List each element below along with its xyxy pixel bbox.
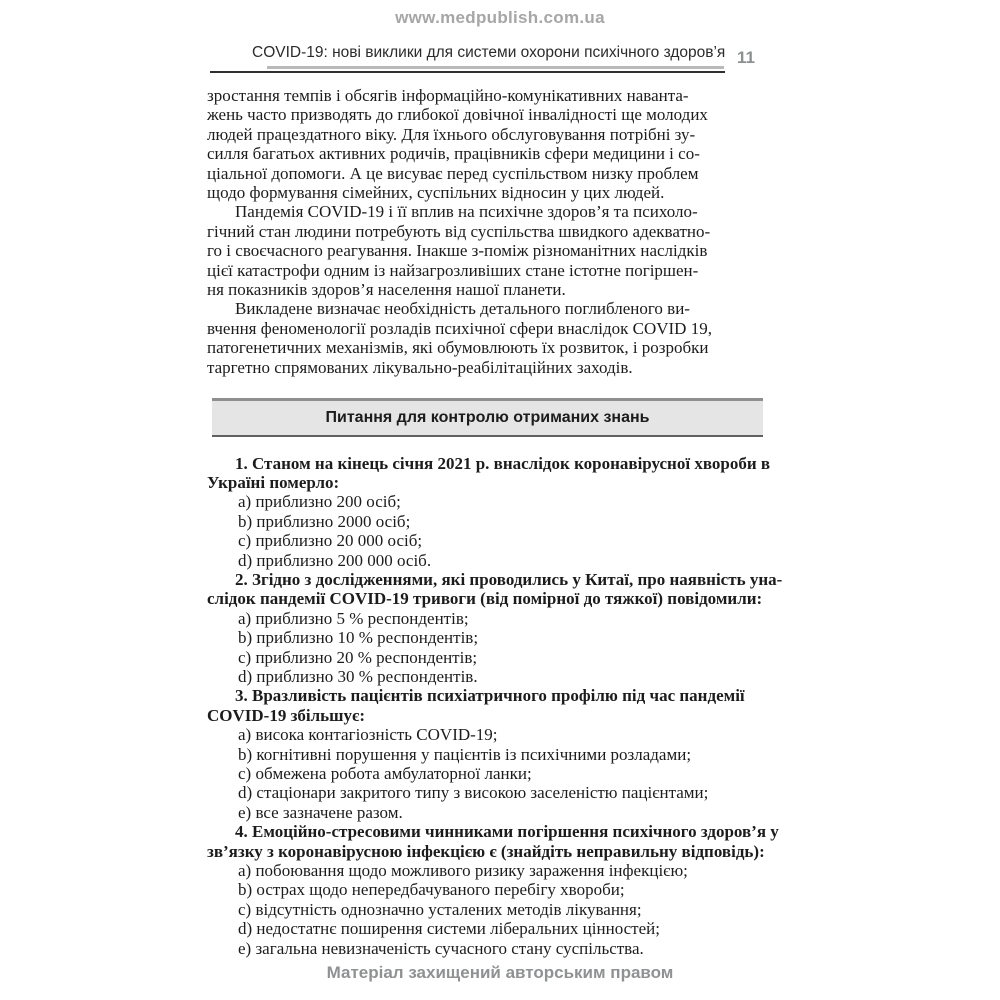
copyright-notice: Матеріал захищений авторським правом (0, 963, 1000, 983)
header-underline (267, 66, 724, 69)
question-3-option-b: b) когнітивні порушення у пацієнтів із п… (207, 745, 775, 764)
document-page: www.medpublish.com.ua COVID-19: нові вик… (0, 0, 1000, 1000)
page-header: COVID-19: нові виклики для системи охоро… (210, 44, 725, 73)
question-2-option-d: d) приблизно 30 % респондентів. (207, 667, 775, 686)
question-3: 3. Вразливість пацієнтів психіатричного … (207, 686, 775, 822)
question-3-option-c: c) обмежена робота амбулаторної ланки; (207, 764, 775, 783)
running-title: COVID-19: нові виклики для системи охоро… (210, 44, 725, 62)
question-2-stem: 2. Згідно з дослідженнями, які проводили… (207, 570, 775, 609)
question-4-option-d: d) недостатнє поширення системи лібераль… (207, 919, 775, 938)
page-number: 11 (737, 48, 755, 68)
question-3-option-d: d) стаціонари закритого типу з високою з… (207, 783, 775, 802)
watermark-text: www.medpublish.com.ua (0, 8, 1000, 28)
question-2-option-a: a) приблизно 5 % респондентів; (207, 609, 775, 628)
question-1-option-b: b) приблизно 2000 осіб; (207, 512, 775, 531)
quiz-title-box: Питання для контролю отриманих знань (212, 398, 763, 436)
question-1-stem: 1. Станом на кінець січня 2021 р. внаслі… (207, 454, 775, 493)
question-4-option-c: c) відсутність однозначно усталених мето… (207, 900, 775, 919)
question-2-option-c: c) приблизно 20 % респондентів; (207, 648, 775, 667)
question-2-option-b: b) приблизно 10 % респондентів; (207, 628, 775, 647)
question-3-option-a: a) висока контагіозність COVID-19; (207, 725, 775, 744)
question-4-option-e: e) загальна невизначеність сучасного ста… (207, 939, 775, 958)
question-3-stem: 3. Вразливість пацієнтів психіатричного … (207, 686, 775, 725)
question-4-option-a: a) побоювання щодо можливого ризику зара… (207, 861, 775, 880)
paragraph-2: Пандемія COVID-19 і її вплив на психічне… (207, 202, 775, 299)
question-2: 2. Згідно з дослідженнями, які проводили… (207, 570, 775, 686)
question-1-option-c: c) приблизно 20 000 осіб; (207, 531, 775, 550)
paragraph-1: зростання темпів і обсягів інформаційно-… (207, 86, 775, 202)
question-4-option-b: b) острах щодо непередбачуваного перебіг… (207, 880, 775, 899)
question-1-option-d: d) приблизно 200 000 осіб. (207, 551, 775, 570)
paragraph-3: Викладене визначає необхідність детально… (207, 299, 775, 377)
question-4-stem: 4. Емоційно-стресовими чинниками погірше… (207, 822, 775, 861)
quiz-box-title: Питання для контролю отриманих знань (326, 409, 650, 426)
text-column: зростання темпів і обсягів інформаційно-… (207, 86, 775, 958)
question-1-option-a: a) приблизно 200 осіб; (207, 492, 775, 511)
question-3-option-e: e) все зазначене разом. (207, 803, 775, 822)
question-4: 4. Емоційно-стресовими чинниками погірше… (207, 822, 775, 958)
question-1: 1. Станом на кінець січня 2021 р. внаслі… (207, 454, 775, 570)
